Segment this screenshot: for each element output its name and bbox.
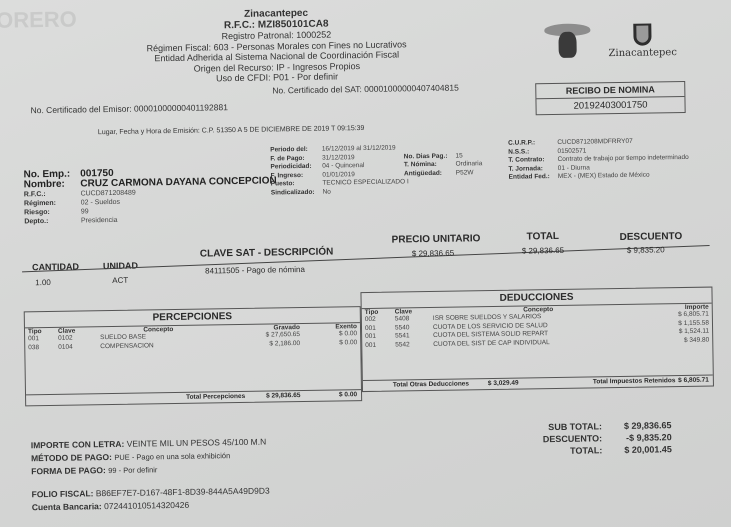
deducciones-total-row: Total Otras Deducciones $ 3,029.49 Total… bbox=[363, 375, 713, 391]
depto-value: Presidencia bbox=[81, 213, 287, 225]
cell-tipo: 001 bbox=[362, 341, 392, 350]
col-total: TOTAL bbox=[527, 231, 560, 243]
shield-icon bbox=[633, 23, 651, 45]
total-impuestos-label: Total Impuestos Retenidos bbox=[593, 377, 676, 385]
cell-gravado: $ 2,186.00 bbox=[220, 339, 303, 349]
row-total: $ 29,836.65 bbox=[522, 246, 564, 256]
row-unidad: ACT bbox=[112, 276, 128, 285]
recibo-number: 20192403001750 bbox=[536, 97, 684, 114]
recibo-box: RECIBO DE NOMINA 20192403001750 bbox=[535, 81, 685, 115]
col-precio-unitario: PRECIO UNITARIO bbox=[392, 233, 481, 245]
total-otras-label: Total Otras Deducciones bbox=[393, 380, 469, 388]
issuer-header: Zinacantepec R.F.C.: MZI850101CA8 Regist… bbox=[96, 7, 457, 86]
percepciones-table: PERCEPCIONES Tipo Clave Concepto Gravado… bbox=[24, 306, 362, 406]
municipality-logo: Zinacantepec bbox=[606, 23, 679, 72]
row-clave-sat: 84111505 - Pago de nómina bbox=[205, 265, 305, 276]
payment-info: IMPORTE CON LETRA: VEINTE MIL UN PESOS 4… bbox=[31, 436, 270, 515]
descuento-value: -$ 9,835.20 bbox=[602, 431, 672, 444]
cell-clave: 0104 bbox=[55, 343, 97, 352]
row-precio: $ 29,836.65 bbox=[412, 249, 454, 259]
cell-clave: 5542 bbox=[392, 340, 430, 349]
total-exento: $ 0.00 bbox=[339, 391, 357, 398]
descuento-label: DESCUENTO: bbox=[543, 432, 603, 445]
cell-importe: $ 1,524.11 bbox=[647, 328, 712, 338]
col-clave-sat: CLAVE SAT - DESCRIPCIÓN bbox=[200, 247, 334, 260]
cell-concepto: COMPENSACION bbox=[97, 341, 220, 351]
metodo-pago-label: MÉTODO DE PAGO: bbox=[31, 452, 112, 463]
period-info: Periodo del:16/12/2019 al 31/12/2019 F. … bbox=[270, 143, 491, 197]
forma-pago-label: FORMA DE PAGO: bbox=[31, 465, 106, 476]
cell-tipo: 038 bbox=[25, 343, 55, 352]
deducciones-table: DEDUCCIONES Tipo Clave Concepto Importe … bbox=[360, 287, 714, 393]
subtotal-value: $ 29,836.65 bbox=[602, 419, 672, 432]
cert-sat: No. Certificado del SAT: 000010000004074… bbox=[272, 83, 459, 96]
cell-importe: $ 349.80 bbox=[647, 336, 712, 346]
background-bleed-text: ORERO bbox=[0, 7, 77, 34]
forma-pago-value: 99 - Por definir bbox=[108, 465, 157, 475]
cuenta-bancaria-value: 072441010514320426 bbox=[104, 500, 189, 511]
eagle-logo-icon bbox=[544, 21, 591, 62]
col-descuento: DESCUENTO bbox=[620, 231, 683, 243]
importe-letra-value: VEINTE MIL UN PESOS 45/100 M.N bbox=[127, 437, 267, 449]
folio-fiscal-label: FOLIO FISCAL: bbox=[32, 488, 94, 499]
logo-text: Zinacantepec bbox=[607, 47, 679, 59]
total-percepciones-label: Total Percepciones bbox=[186, 393, 245, 401]
entidad-fed-value: MEX - (MEX) Estado de México bbox=[558, 171, 697, 182]
cell-importe: $ 6,805.71 bbox=[647, 311, 712, 321]
metodo-pago-value: PUE - Pago en una sola exhibición bbox=[114, 451, 230, 462]
percepciones-total-row: Total Percepciones $ 29,836.65 $ 0.00 bbox=[26, 389, 361, 405]
total-gravado: $ 29,836.65 bbox=[266, 392, 300, 400]
importe-letra-label: IMPORTE CON LETRA: bbox=[31, 439, 125, 450]
concepts-divider bbox=[22, 245, 710, 272]
total-impuestos-value: $ 6,805.71 bbox=[678, 377, 709, 384]
depto-label: Depto.: bbox=[24, 216, 81, 226]
sindicalizado-label: Sindicalizado: bbox=[271, 188, 323, 197]
lugar-fecha-emision: Lugar, Fecha y Hora de Emisión: C.P. 513… bbox=[98, 125, 365, 136]
total-label: TOTAL: bbox=[543, 444, 603, 457]
col-unidad: UNIDAD bbox=[103, 261, 138, 272]
total-value: $ 20,001.45 bbox=[602, 443, 672, 456]
total-otras-value: $ 3,029.49 bbox=[488, 380, 519, 387]
totals-summary: SUB TOTAL:$ 29,836.65 DESCUENTO:-$ 9,835… bbox=[542, 419, 671, 457]
subtotal-label: SUB TOTAL: bbox=[542, 420, 602, 433]
payroll-receipt: ORERO Zinacantepec R.F.C.: MZI850101CA8 … bbox=[0, 0, 731, 527]
cell-exento: $ 0.00 bbox=[303, 339, 360, 348]
row-cantidad: 1.00 bbox=[35, 278, 51, 287]
row-descuento: $ 9,835.20 bbox=[627, 245, 665, 255]
folio-fiscal-value: B86EF7E7-D167-48F1-8D39-844A5A49D9D3 bbox=[96, 486, 270, 499]
entidad-fed-label: Entidad Fed.: bbox=[509, 173, 558, 182]
cuenta-bancaria-label: Cuenta Bancaria: bbox=[32, 501, 102, 512]
periodo-value: 16/12/2019 al 31/12/2019 bbox=[322, 144, 404, 154]
personal-info: C.U.R.P.:CUCD871208MDFRRY07 N.S.S.:01502… bbox=[508, 137, 697, 182]
cert-emisor: No. Certificado del Emisor: 000010000004… bbox=[30, 102, 228, 115]
employee-info: No. Emp.:001750 Nombre:CRUZ CARMONA DAYA… bbox=[23, 166, 287, 226]
